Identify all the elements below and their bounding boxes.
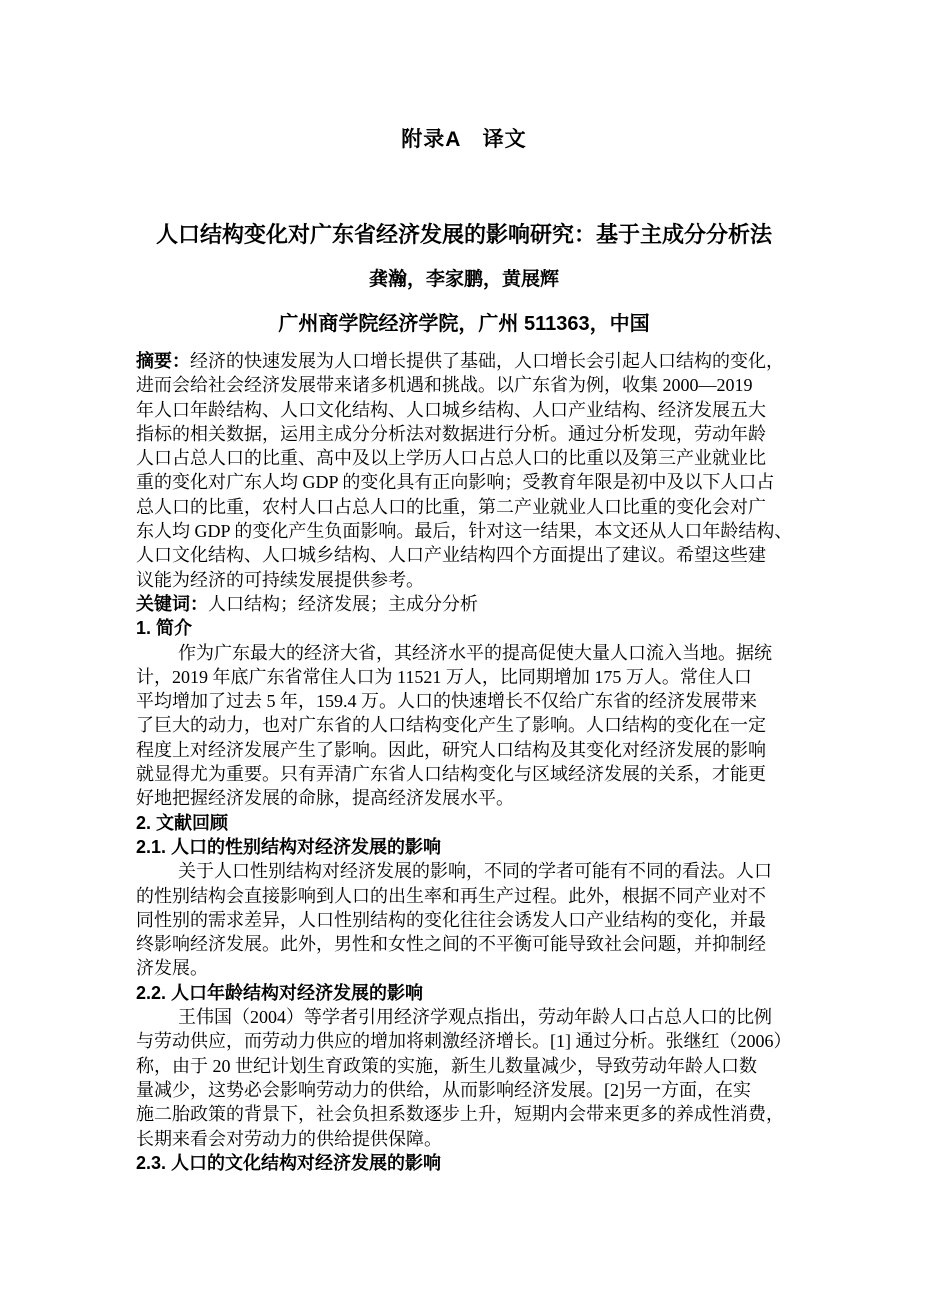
document-title: 人口结构变化对广东省经济发展的影响研究：基于主成分分析法 bbox=[136, 220, 792, 250]
text-line: 计，2019 年底广东省常住人口为 11521 万人，比同期增加 175 万人。… bbox=[136, 665, 792, 689]
section-heading-2-1-gender-structure: 2.1. 人口的性别结构对经济发展的影响 bbox=[136, 835, 792, 859]
text-line: 指标的相关数据，运用主成分分析法对数据进行分析。通过分析发现，劳动年龄 bbox=[136, 422, 792, 446]
text-line: 关于人口性别结构对经济发展的影响，不同的学者可能有不同的看法。人口 bbox=[136, 859, 792, 883]
keywords-line: 关键词：人口结构；经济发展；主成分分析 bbox=[136, 592, 792, 616]
text-line: 人口占总人口的比重、高中及以上学历人口占总人口的比重以及第三产业就业比 bbox=[136, 446, 792, 470]
text-line: 就显得尤为重要。只有弄清广东省人口结构变化与区域经济发展的关系，才能更 bbox=[136, 762, 792, 786]
text-line: 重的变化对广东人均 GDP 的变化具有正向影响；受教育年限是初中及以下人口占 bbox=[136, 470, 792, 494]
text-line: 了巨大的动力，也对广东省的人口结构变化产生了影响。人口结构的变化在一定 bbox=[136, 713, 792, 737]
section-heading-2-3-cultural-structure: 2.3. 人口的文化结构对经济发展的影响 bbox=[136, 1151, 792, 1175]
text-line: 平均增加了过去 5 年，159.4 万。人口的快速增长不仅给广东省的经济发展带来 bbox=[136, 689, 792, 713]
section-2-1-paragraph: 关于人口性别结构对经济发展的影响，不同的学者可能有不同的看法。人口的性别结构会直… bbox=[136, 859, 792, 980]
text-line: 议能为经济的可持续发展提供参考。 bbox=[136, 568, 792, 592]
text-line: 总人口的比重，农村人口占总人口的比重，第二产业就业人口比重的变化会对广 bbox=[136, 495, 792, 519]
affiliation-line: 广州商学院经济学院，广州 511363，中国 bbox=[136, 310, 792, 338]
document-page: 附录A 译文 人口结构变化对广东省经济发展的影响研究：基于主成分分析法 龚瀚，李… bbox=[0, 0, 926, 1309]
abstract-label: 摘要： bbox=[136, 351, 190, 371]
section-heading-1-intro: 1. 简介 bbox=[136, 616, 792, 640]
text-line: 进而会给社会经济发展带来诸多机遇和挑战。以广东省为例，收集 2000—2019 bbox=[136, 373, 792, 397]
abstract-first-line-text: 经济的快速发展为人口增长提供了基础，人口增长会引起人口结构的变化， bbox=[190, 351, 784, 371]
section-1-paragraph: 作为广东最大的经济大省，其经济水平的提高促使大量人口流入当地。据统计，2019 … bbox=[136, 641, 792, 811]
text-line: 王伟国（2004）等学者引用经济学观点指出，劳动年龄人口占总人口的比例 bbox=[136, 1005, 792, 1029]
text-line: 量减少，这势必会影响劳动力的供给，从而影响经济发展。[2]另一方面，在实 bbox=[136, 1078, 792, 1102]
section-heading-2-2-age-structure: 2.2. 人口年龄结构对经济发展的影响 bbox=[136, 981, 792, 1005]
text-line: 人口文化结构、人口城乡结构、人口产业结构四个方面提出了建议。希望这些建 bbox=[136, 543, 792, 567]
section-heading-2-literature-review: 2. 文献回顾 bbox=[136, 811, 792, 835]
text-line: 同性别的需求差异，人口性别结构的变化往往会诱发人口产业结构的变化，并最 bbox=[136, 908, 792, 932]
abstract-first-line: 摘要：经济的快速发展为人口增长提供了基础，人口增长会引起人口结构的变化， bbox=[136, 349, 792, 373]
text-line: 济发展。 bbox=[136, 956, 792, 980]
text-line: 施二胎政策的背景下，社会负担系数逐步上升，短期内会带来更多的养成性消费， bbox=[136, 1102, 792, 1126]
text-line: 的性别结构会直接影响到人口的出生率和再生产过程。此外，根据不同产业对不 bbox=[136, 884, 792, 908]
abstract-lines: 进而会给社会经济发展带来诸多机遇和挑战。以广东省为例，收集 2000—2019年… bbox=[136, 373, 792, 592]
document-content: 附录A 译文 人口结构变化对广东省经济发展的影响研究：基于主成分分析法 龚瀚，李… bbox=[136, 0, 792, 1175]
text-line: 终影响经济发展。此外，男性和女性之间的不平衡可能导致社会问题，并抑制经 bbox=[136, 932, 792, 956]
appendix-heading: 附录A 译文 bbox=[136, 126, 792, 154]
text-line: 好地把握经济发展的命脉，提高经济发展水平。 bbox=[136, 786, 792, 810]
keywords-text: 人口结构；经济发展；主成分分析 bbox=[208, 594, 478, 614]
text-line: 长期来看会对劳动力的供给提供保障。 bbox=[136, 1127, 792, 1151]
text-line: 程度上对经济发展产生了影响。因此，研究人口结构及其变化对经济发展的影响 bbox=[136, 738, 792, 762]
text-line: 作为广东最大的经济大省，其经济水平的提高促使大量人口流入当地。据统 bbox=[136, 641, 792, 665]
section-2-2-paragraph: 王伟国（2004）等学者引用经济学观点指出，劳动年龄人口占总人口的比例与劳动供应… bbox=[136, 1005, 792, 1151]
keywords-label: 关键词： bbox=[136, 594, 208, 614]
authors-line: 龚瀚，李家鹏，黄展辉 bbox=[136, 266, 792, 294]
text-line: 东人均 GDP 的变化产生负面影响。最后，针对这一结果，本文还从人口年龄结构、 bbox=[136, 519, 792, 543]
abstract-paragraph: 摘要：经济的快速发展为人口增长提供了基础，人口增长会引起人口结构的变化， 进而会… bbox=[136, 349, 792, 592]
text-line: 与劳动供应，而劳动力供应的增加将刺激经济增长。[1] 通过分析。张继红（2006… bbox=[136, 1029, 792, 1053]
text-line: 称，由于 20 世纪计划生育政策的实施，新生儿数量减少，导致劳动年龄人口数 bbox=[136, 1054, 792, 1078]
text-line: 年人口年龄结构、人口文化结构、人口城乡结构、人口产业结构、经济发展五大 bbox=[136, 398, 792, 422]
